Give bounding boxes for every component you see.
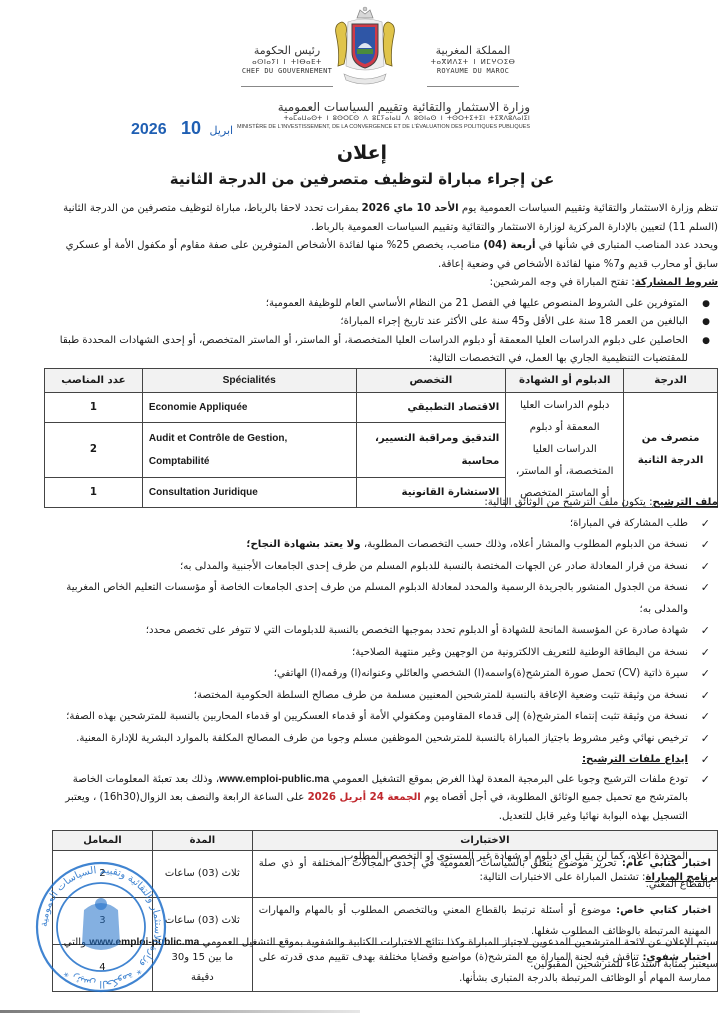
checkmark-icon: ✓ bbox=[701, 577, 710, 599]
exam-date: الأحد 10 ماي 2026 bbox=[362, 203, 459, 214]
page-title: إعلان bbox=[0, 142, 724, 164]
government-arabic: رئيس الحكومة bbox=[232, 44, 342, 57]
date-day: 10 bbox=[181, 118, 201, 138]
ministry-arabic: وزارة الاستثمار والتقائية وتقييم السياسا… bbox=[234, 100, 530, 114]
col-grade: الدرجة bbox=[624, 369, 718, 393]
duration-cell: ثلاث (03) ساعات bbox=[152, 851, 252, 898]
col-exams: الاختبارات bbox=[252, 831, 717, 851]
deadline: الجمعة 24 أبريل 2026 bbox=[308, 792, 421, 803]
checkmark-icon: ✓ bbox=[701, 728, 710, 750]
kingdom-arabic: المملكة المغربية bbox=[418, 44, 528, 57]
list-item: ●المتوفرين على الشروط المنصوص عليها في ا… bbox=[42, 295, 710, 314]
intro-section: تنظم وزارة الاستثمار والتقائية وتقييم ال… bbox=[42, 200, 718, 369]
col-coefficient: المعامل bbox=[53, 831, 153, 851]
documents-list: ✓طلب المشاركة في المباراة؛ ✓نسخة من الدب… bbox=[42, 513, 718, 771]
list-item: ✓طلب المشاركة في المباراة؛ bbox=[42, 513, 710, 535]
bullet-icon: ● bbox=[702, 332, 710, 351]
col-duration: المدة bbox=[152, 831, 252, 851]
checkmark-icon: ✓ bbox=[701, 556, 710, 578]
list-item: ✓نسخة من وثيقة تثبت وضعية الإعاقة بالنسب… bbox=[42, 685, 710, 707]
emploi-public-link[interactable]: www.emploi-public.ma bbox=[89, 937, 199, 948]
kingdom-french: ROYAUME DU MAROC bbox=[418, 67, 528, 76]
positions-table: الدرجة الدبلوم أو الشهادة التخصص Spécial… bbox=[44, 368, 718, 508]
ministry-tifinagh: ⵜⴰⵎⴰⵡⴰⵙⵜ ⵏ ⵓⵙⵔⵎⵙ ⴷ ⵓⵎⵢⴰⵏⴰⵡ ⴷ ⵓⵙⵏⴰⵙ ⵏ ⵜⵙⵔ… bbox=[234, 114, 530, 123]
checkmark-icon: ✓ bbox=[701, 620, 710, 642]
col-specialty-ar: التخصص bbox=[356, 369, 506, 393]
list-item: ✓نسخة من البطاقة الوطنية للتعريف الالكتر… bbox=[42, 642, 710, 664]
date-stamp: 2026 ابريل 10 bbox=[131, 118, 237, 139]
government-french: CHEF DU GOUVERNEMENT bbox=[232, 67, 342, 76]
checkmark-icon: ✓ bbox=[701, 685, 710, 707]
table-row: اختبار كتابي عام: تحرير موضوع يتعلق بالس… bbox=[53, 851, 718, 898]
col-diploma: الدبلوم أو الشهادة bbox=[506, 369, 624, 393]
table-header-row: الدرجة الدبلوم أو الشهادة التخصص Spécial… bbox=[45, 369, 718, 393]
checkmark-icon: ✓ bbox=[701, 642, 710, 664]
intro-paragraph-2: ويحدد عدد المناصب المتبارى في شأنها في أ… bbox=[42, 237, 718, 274]
government-header: رئيس الحكومة ⴰⵙⵏⴰⵢⵏ ⵏ ⵜⵏⴱⴰⴹⵜ CHEF DU GOU… bbox=[232, 44, 342, 87]
checkmark-icon: ✓ bbox=[701, 534, 710, 556]
list-item: ✓نسخة من الجدول المنشور بالجريدة الرسمية… bbox=[42, 577, 710, 620]
page-subtitle: عن إجراء مباراة لتوظيف متصرفين من الدرجة… bbox=[0, 170, 724, 188]
bullet-icon: ● bbox=[702, 313, 710, 332]
date-year: 2026 bbox=[131, 121, 167, 138]
checkmark-icon: ✓ bbox=[701, 663, 710, 685]
conditions-heading: شروط المشاركة: تفتح المباراة في وجه المر… bbox=[42, 274, 718, 293]
divider bbox=[427, 86, 519, 87]
list-item: ●الحاصلين على دبلوم الدراسات العليا المع… bbox=[42, 332, 710, 369]
list-item: ✓ترخيص نهائي وغير مشروط باجتياز المباراة… bbox=[42, 728, 710, 750]
kingdom-tifinagh: ⵜⴰⴳⵍⴷⵉⵜ ⵏ ⵍⵎⵖⵔⵉⴱ bbox=[418, 57, 528, 67]
date-month: ابريل bbox=[210, 125, 234, 137]
bullet-icon: ● bbox=[702, 295, 710, 314]
emploi-public-link[interactable]: www.emploi-public.ma bbox=[219, 774, 329, 785]
specialty-ar-cell: الاقتصاد التطبيقي bbox=[356, 393, 506, 423]
diploma-cell: دبلوم الدراسات العليا المعمقة أو دبلوم ا… bbox=[506, 393, 624, 508]
intro-paragraph-1: تنظم وزارة الاستثمار والتقائية وتقييم ال… bbox=[42, 200, 718, 237]
list-item: ✓تودع ملفات الترشيح وجوبا على البرمجية ا… bbox=[42, 771, 710, 827]
checkmark-icon: ✓ bbox=[701, 749, 710, 771]
closing-paragraph: سيتم الإعلان عن لائحة المترشحين المدعوين… bbox=[60, 932, 718, 976]
specialty-ar-cell: التدقيق ومراقبة التسيير، محاسبة bbox=[356, 423, 506, 478]
coefficient-cell: 2 bbox=[53, 851, 153, 898]
count-cell: 2 bbox=[45, 423, 143, 478]
specialty-fr-cell: Economie Appliquée bbox=[142, 393, 356, 423]
application-file-section: ملف الترشيح: يتكون ملف الترشيح من الوثائ… bbox=[42, 494, 718, 888]
checkmark-icon: ✓ bbox=[701, 771, 710, 790]
conditions-list: ●المتوفرين على الشروط المنصوص عليها في ا… bbox=[42, 295, 718, 369]
table-row: متصرف من الدرجة الثانية دبلوم الدراسات ا… bbox=[45, 393, 718, 423]
list-item: ✓نسخة من وثيقة تثبت إنتماء المترشح(ة) إل… bbox=[42, 706, 710, 728]
application-file-heading: ملف الترشيح: يتكون ملف الترشيح من الوثائ… bbox=[42, 494, 718, 513]
positions-count: أربعة (04) bbox=[483, 240, 535, 251]
ministry-header: وزارة الاستثمار والتقائية وتقييم السياسا… bbox=[234, 100, 530, 131]
col-specialty-fr: Spécialités bbox=[142, 369, 356, 393]
list-item: ✓شهادة صادرة عن المؤسسة المانحة للشهادة … bbox=[42, 620, 710, 642]
checkmark-icon: ✓ bbox=[701, 706, 710, 728]
kingdom-header: المملكة المغربية ⵜⴰⴳⵍⴷⵉⵜ ⵏ ⵍⵎⵖⵔⵉⴱ ROYAUM… bbox=[418, 44, 528, 87]
list-item: ✓نسخة من قرار المعادلة صادر عن الجهات ال… bbox=[42, 556, 710, 578]
submission-heading-item: ✓ايداع ملفات الترشيح: bbox=[42, 749, 710, 771]
announcement-page: المملكة المغربية ⵜⴰⴳⵍⴷⵉⵜ ⵏ ⵍⵎⵖⵔⵉⴱ ROYAUM… bbox=[0, 0, 724, 1024]
list-item: ●البالغين من العمر 18 سنة على الأقل و45 … bbox=[42, 313, 710, 332]
ministry-french: MINISTÈRE DE L'INVESTISSEMENT, DE LA CON… bbox=[234, 123, 530, 131]
list-item: ✓سيرة ذاتية (CV) تحمل صورة المترشح(ة)واس… bbox=[42, 663, 710, 685]
page-edge-shadow bbox=[0, 1010, 360, 1013]
exam-cell: اختبار كتابي عام: تحرير موضوع يتعلق بالس… bbox=[252, 851, 717, 898]
checkmark-icon: ✓ bbox=[701, 513, 710, 535]
table-header-row: الاختبارات المدة المعامل bbox=[53, 831, 718, 851]
grade-cell: متصرف من الدرجة الثانية bbox=[624, 393, 718, 508]
specialty-fr-cell: Audit et Contrôle de Gestion, Comptabili… bbox=[142, 423, 356, 478]
government-tifinagh: ⴰⵙⵏⴰⵢⵏ ⵏ ⵜⵏⴱⴰⴹⵜ bbox=[232, 57, 342, 67]
col-count: عدد المناصب bbox=[45, 369, 143, 393]
list-item: ✓نسخة من الدبلوم المطلوب والمشار أعلاه، … bbox=[42, 534, 710, 556]
divider bbox=[241, 86, 333, 87]
count-cell: 1 bbox=[45, 393, 143, 423]
